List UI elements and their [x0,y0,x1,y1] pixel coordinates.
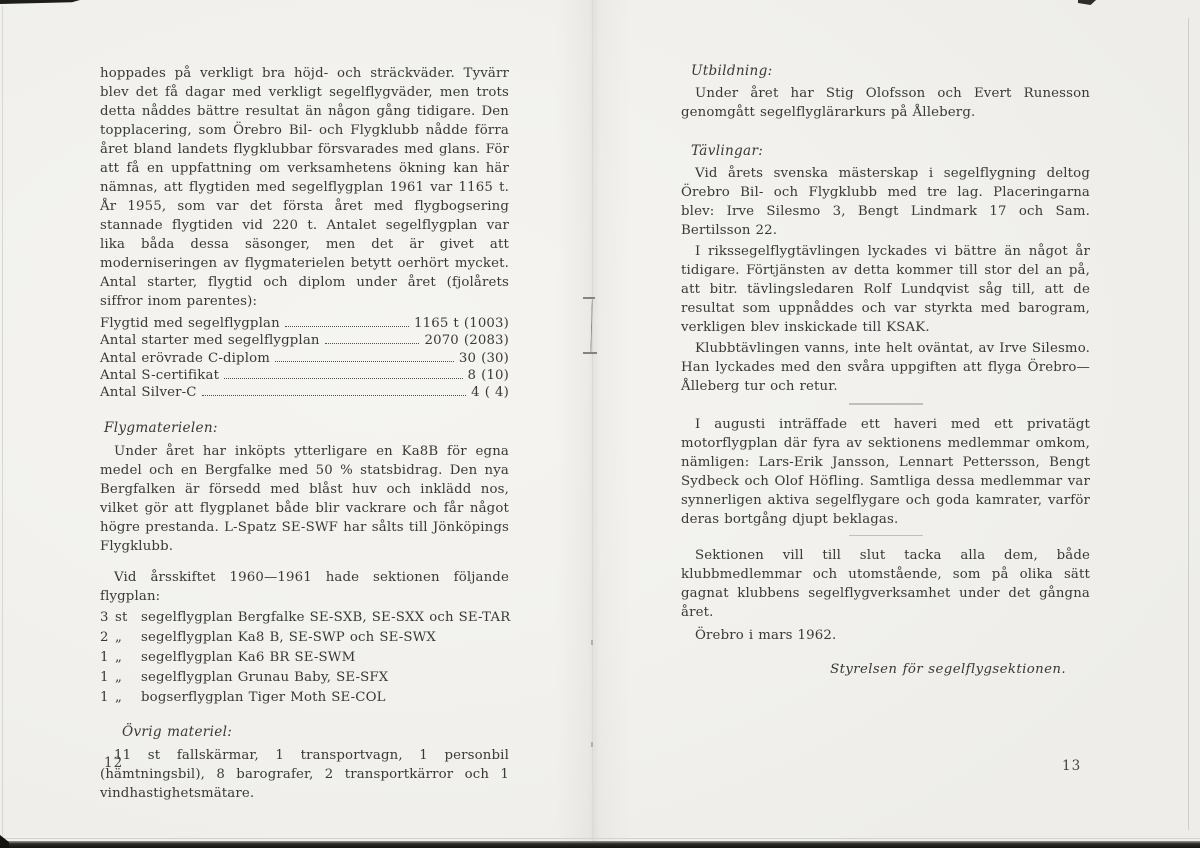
stat-value: 1165 t (1003) [414,315,509,332]
stat-value: 8 (10) [468,367,509,384]
scanned-book-spread: hoppades på verkligt bra höjd- och sträc… [0,0,1200,848]
stat-value: 4 ( 4) [471,384,509,401]
fleet-unit: „ [115,688,141,708]
intro-paragraph: hoppades på verkligt bra höjd- och sträc… [100,64,509,311]
stat-label: Antal S-certifikat [100,367,219,384]
section-divider [849,403,923,405]
ovrig-materiel-paragraph: 11 st fallskärmar, 1 transportvagn, 1 pe… [100,746,509,803]
fold-mark [591,742,593,747]
stat-row: Antal S-certifikat 8 (10) [100,367,509,384]
fleet-text: segelflygplan Grunau Baby, SE-SFX [141,668,509,688]
fleet-count: 2 [100,628,115,648]
scan-artifact-top-left [0,0,80,4]
page-number-right: 13 [1062,758,1081,774]
dot-leader [285,326,409,327]
stat-label: Antal erövrade C-diplom [100,350,270,367]
tack-paragraph: Sektionen vill till slut tacka alla dem,… [681,546,1090,622]
left-page-edge [2,6,3,836]
fleet-unit: st [115,608,141,628]
stat-row: Antal erövrade C-diplom 30 (30) [100,350,509,367]
dot-leader [275,361,454,362]
fleet-count: 1 [100,648,115,668]
staple-bottom [583,352,597,354]
fleet-intro: Vid årsskiftet 1960—1961 hade sektionen … [100,568,509,606]
fleet-count: 1 [100,668,115,688]
fleet-row: 2 „ segelflygplan Ka8 B, SE-SWP och SE-S… [100,628,509,648]
tavlingar-heading: Tävlingar: [681,142,1090,161]
fleet-count: 3 [100,608,115,628]
fleet-text: segelflygplan Ka8 B, SE-SWP och SE-SWX [141,628,509,648]
fleet-text: segelflygplan Ka6 BR SE-SWM [141,648,509,668]
fleet-list: 3 st segelflygplan Bergfalke SE-SXB, SE-… [100,608,509,707]
stat-row: Antal starter med segelflygplan 2070 (20… [100,332,509,349]
tavlingar-paragraph-1: Vid årets svenska mästerskap i segelflyg… [681,164,1090,240]
ovrig-materiel-heading: Övrig materiel: [100,723,509,742]
fold-mark [591,640,593,645]
right-page-edge [1188,18,1189,830]
utbildning-paragraph: Under året har Stig Olofsson och Evert R… [681,84,1090,122]
dateline: Örebro i mars 1962. [681,626,1090,645]
stat-label: Flygtid med segelflygplan [100,315,280,332]
fleet-row: 1 „ bogserflygplan Tiger Moth SE-COL [100,688,509,708]
tavlingar-paragraph-3: Klubbtävlingen vanns, inte helt oväntat,… [681,339,1090,396]
utbildning-heading: Utbildning: [681,62,1090,81]
fleet-row: 1 „ segelflygplan Ka6 BR SE-SWM [100,648,509,668]
stat-row: Flygtid med segelflygplan 1165 t (1003) [100,315,509,332]
left-page: hoppades på verkligt bra höjd- och sträc… [100,64,509,803]
right-page: Utbildning: Under året har Stig Olofsson… [681,62,1090,679]
bottom-page-edge-line [0,838,1200,839]
dot-leader [202,395,467,396]
fleet-unit: „ [115,648,141,668]
fleet-row: 3 st segelflygplan Bergfalke SE-SXB, SE-… [100,608,509,628]
binding-gutter-shadow [556,0,632,848]
stat-row: Antal Silver-C 4 ( 4) [100,384,509,401]
staple-wire [590,299,594,353]
stat-value: 30 (30) [459,350,509,367]
dot-leader [224,378,462,379]
haveri-paragraph: I augusti inträffade ett haveri med ett … [681,415,1090,529]
fleet-unit: „ [115,628,141,648]
flygmateriel-paragraph: Under året har inköpts ytterligare en Ka… [100,442,509,556]
stat-value: 2070 (2083) [424,332,509,349]
fleet-text: segelflygplan Bergfalke SE-SXB, SE-SXX o… [141,608,510,628]
stats-list: Flygtid med segelflygplan 1165 t (1003) … [100,315,509,401]
fleet-row: 1 „ segelflygplan Grunau Baby, SE-SFX [100,668,509,688]
flygmaterielen-heading: Flygmaterielen: [100,419,509,438]
binding-fold-line [592,0,593,848]
scan-bottom-dark-band [0,841,1200,848]
scan-artifact-top-right [1078,0,1096,5]
stat-label: Antal starter med segelflygplan [100,332,320,349]
tavlingar-paragraph-2: I rikssegelflygtävlingen lyckades vi bät… [681,242,1090,337]
scan-corner-mark [0,835,9,848]
fleet-count: 1 [100,688,115,708]
dot-leader [325,343,420,344]
binding-staple [586,297,598,355]
section-divider [849,535,923,537]
fleet-unit: „ [115,668,141,688]
stat-label: Antal Silver-C [100,384,197,401]
fleet-text: bogserflygplan Tiger Moth SE-COL [141,688,509,708]
signature: Styrelsen för segelflygsektionen. [681,660,1090,679]
page-number-left: 12 [104,755,123,771]
